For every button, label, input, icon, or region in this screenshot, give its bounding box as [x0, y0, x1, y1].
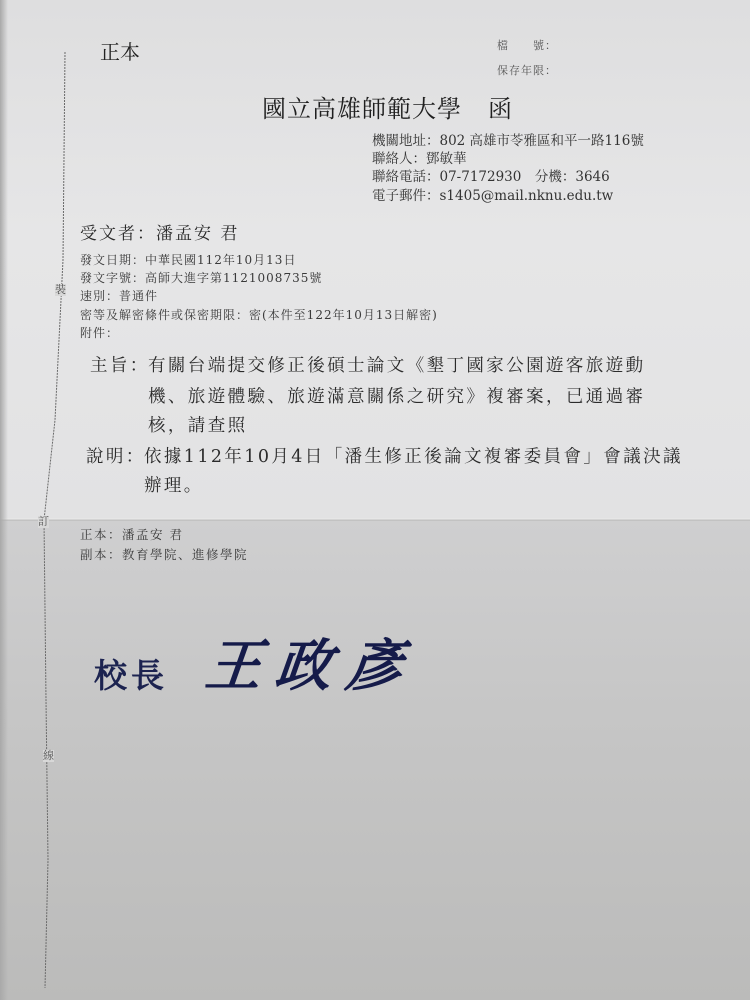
subject-line-3: 核，請查照 — [148, 412, 248, 437]
issue-date: 發文日期：中華民國112年10月13日 — [80, 251, 296, 268]
paper-lower-half — [0, 520, 750, 1000]
binding-mark-xian: 線 — [43, 750, 54, 762]
subject-label: 主旨： — [90, 352, 150, 377]
binding-mark-zhuang: 裝 — [55, 284, 66, 296]
explanation-label: 說明： — [86, 443, 146, 468]
subject-line-1: 有關台端提交修正後碩士論文《墾丁國家公園遊客旅遊動 — [148, 352, 646, 377]
contact-person: 聯絡人：鄧敏華 — [372, 147, 467, 167]
retention-period-label: 保存年限： — [497, 62, 557, 78]
document-number: 發文字號：高師大進字第1121008735號 — [80, 269, 322, 286]
file-number-label: 檔 號： — [497, 37, 557, 53]
paper-fold-line — [0, 518, 750, 521]
paper-edge-shadow — [0, 0, 8, 1000]
explanation-line-2: 辦理。 — [144, 472, 204, 497]
subject-line-2: 機、旅遊體驗、旅遊滿意關係之研究》複審案，已通過審 — [148, 383, 646, 408]
contact-phone: 聯絡電話：07-7172930 分機：3646 — [372, 165, 610, 185]
secrecy-level: 密等及解密條件或保密期限：密(本件至122年10月13日解密) — [80, 306, 438, 323]
organization-name: 國立高雄師範大學 — [262, 95, 462, 123]
distribution-original: 正本：潘孟安 君 — [80, 525, 183, 543]
delivery-speed: 速別：普通件 — [80, 287, 158, 304]
document-title: 國立高雄師範大學函 — [262, 89, 513, 124]
attachment: 附件： — [80, 324, 119, 341]
document-type: 函 — [488, 95, 513, 123]
signatory-signature: 王政彥 — [202, 622, 420, 702]
recipient: 受文者：潘孟安 君 — [80, 219, 239, 244]
contact-address: 機關地址：802 高雄市苓雅區和平一路116號 — [372, 129, 644, 149]
explanation-line-1: 依據112年10月4日「潘生修正後論文複審委員會」會議決議 — [144, 443, 683, 468]
signatory-title: 校長 — [94, 650, 168, 697]
copy-type-label: 正本 — [100, 36, 140, 65]
distribution-copies: 副本：教育學院、進修學院 — [80, 545, 248, 563]
contact-email: 電子郵件：s1405@mail.nknu.edu.tw — [372, 184, 613, 204]
binding-mark-ding: 訂 — [38, 516, 49, 528]
